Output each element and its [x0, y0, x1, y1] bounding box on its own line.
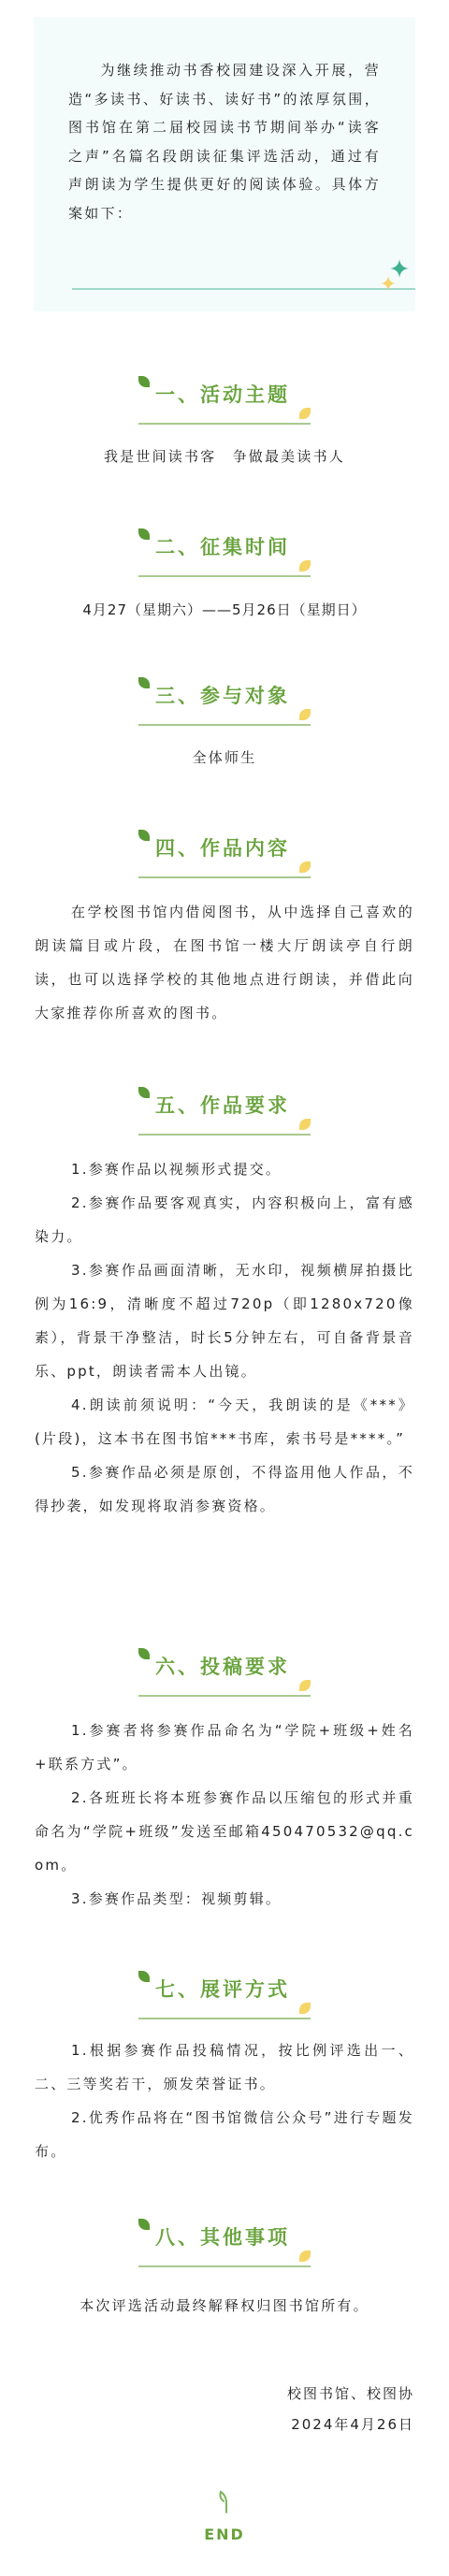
- leaf-yellow-icon: [299, 2250, 311, 2262]
- section-body-participants: 全体师生: [35, 741, 414, 774]
- signature-block: 校图书馆、校图协 2024年4月26日: [287, 2379, 414, 2440]
- section-header-theme: 一、活动主题: [138, 374, 311, 432]
- section-underline: [138, 575, 311, 577]
- section-body-theme: 我是世间读书客 争做最美读书人: [35, 440, 414, 473]
- section-body-evaluation: 1.根据参赛作品投稿情况，按比例评选出一、二、三等奖若干，颁发荣誉证书。 2.优…: [35, 2033, 414, 2168]
- requirement-item: 5.参赛作品必须是原创，不得盗用他人作品，不得抄袭，如发现将取消参赛资格。: [35, 1455, 414, 1523]
- leaf-yellow-icon: [299, 861, 311, 873]
- requirement-item: 1.参赛作品以视频形式提交。: [35, 1152, 414, 1186]
- leaf-green-icon: [138, 376, 150, 387]
- signature-org: 校图书馆、校图协: [287, 2379, 414, 2410]
- period-dates: 4月27（星期六）——5月26日（星期日）: [35, 593, 414, 627]
- section-title: 三、参与对象: [155, 681, 294, 709]
- section-header-period: 二、征集时间: [138, 527, 311, 585]
- section-title: 四、作品内容: [155, 833, 294, 861]
- section-underline: [138, 1695, 311, 1697]
- section-header-requirements: 五、作品要求: [138, 1085, 311, 1143]
- section-underline: [138, 876, 311, 878]
- leaf-yellow-icon: [299, 560, 311, 572]
- requirement-item: 3.参赛作品画面清晰，无水印，视频横屏拍摄比例为16:9，清晰度不超过720p（…: [35, 1253, 414, 1388]
- requirement-item: 4.朗读前须说明：“今天，我朗读的是《***》(片段)，这本书在图书馆***书库…: [35, 1388, 414, 1455]
- section-header-content: 四、作品内容: [138, 828, 311, 886]
- section-title: 六、投稿要求: [155, 1652, 294, 1680]
- section-underline: [138, 724, 311, 726]
- end-label: END: [0, 2525, 449, 2543]
- content-paragraph: 在学校图书馆内借阅图书，从中选择自己喜欢的朗读篇目或片段，在图书馆一楼大厅朗读亭…: [35, 895, 414, 1030]
- other-text: 本次评选活动最终解释权归图书馆所有。: [35, 2289, 414, 2323]
- leaf-yellow-icon: [299, 408, 311, 419]
- leaf-green-icon: [138, 1648, 150, 1659]
- section-title: 二、征集时间: [155, 532, 294, 560]
- leaf-yellow-icon: [299, 1119, 311, 1130]
- leaf-green-icon: [138, 1087, 150, 1098]
- intro-paragraph: 为继续推动书香校园建设深入开展，营造“多读书、好读书、读好书”的浓厚氛围，图书馆…: [68, 56, 381, 227]
- evaluation-item: 2.优秀作品将在“图书馆微信公众号”进行专题发布。: [35, 2101, 414, 2168]
- section-underline: [138, 2265, 311, 2267]
- leaf-yellow-icon: [299, 1680, 311, 1691]
- section-title: 一、活动主题: [155, 380, 294, 408]
- participants-text: 全体师生: [35, 741, 414, 774]
- theme-slogan: 我是世间读书客 争做最美读书人: [35, 440, 414, 473]
- section-body-requirements: 1.参赛作品以视频形式提交。 2.参赛作品要客观真实，内容积极向上，富有感染力。…: [35, 1152, 414, 1523]
- section-body-submission: 1.参赛者将参赛作品命名为“学院+班级+姓名+联系方式”。 2.各班班长将本班参…: [35, 1714, 414, 1916]
- intro-divider: [72, 288, 415, 290]
- section-header-other: 八、其他事项: [138, 2217, 311, 2275]
- end-ornament: END: [0, 2490, 449, 2543]
- section-title: 五、作品要求: [155, 1091, 294, 1119]
- submission-item: 2.各班班长将本班参赛作品以压缩包的形式并重命名为“学院+班级”发送至邮箱450…: [35, 1781, 414, 1882]
- section-header-submission: 六、投稿要求: [138, 1646, 311, 1704]
- leaf-green-icon: [138, 1971, 150, 1982]
- sprout-icon: [218, 2490, 231, 2514]
- section-body-period: 4月27（星期六）——5月26日（星期日）: [35, 593, 414, 627]
- submission-item: 3.参赛作品类型：视频剪辑。: [35, 1882, 414, 1916]
- leaf-green-icon: [138, 528, 150, 540]
- section-header-evaluation: 七、展评方式: [138, 1969, 311, 2027]
- leaf-yellow-icon: [299, 709, 311, 720]
- leaf-green-icon: [138, 677, 150, 688]
- leaf-green-icon: [138, 2219, 150, 2230]
- leaf-yellow-icon: [299, 2003, 311, 2014]
- submission-item: 1.参赛者将参赛作品命名为“学院+班级+姓名+联系方式”。: [35, 1714, 414, 1781]
- sparkle-yellow-icon: [381, 276, 396, 291]
- section-title: 七、展评方式: [155, 1975, 294, 2003]
- section-underline: [138, 1134, 311, 1136]
- section-underline: [138, 423, 311, 425]
- intro-box: 为继续推动书香校园建设深入开展，营造“多读书、好读书、读好书”的浓厚氛围，图书馆…: [34, 17, 415, 311]
- section-title: 八、其他事项: [155, 2222, 294, 2250]
- section-body-content: 在学校图书馆内借阅图书，从中选择自己喜欢的朗读篇目或片段，在图书馆一楼大厅朗读亭…: [35, 895, 414, 1030]
- leaf-green-icon: [138, 830, 150, 841]
- sparkle-teal-icon: [390, 259, 409, 278]
- requirement-item: 2.参赛作品要客观真实，内容积极向上，富有感染力。: [35, 1186, 414, 1253]
- section-body-other: 本次评选活动最终解释权归图书馆所有。: [35, 2289, 414, 2323]
- section-underline: [138, 2018, 311, 2019]
- evaluation-item: 1.根据参赛作品投稿情况，按比例评选出一、二、三等奖若干，颁发荣誉证书。: [35, 2033, 414, 2101]
- signature-date: 2024年4月26日: [287, 2410, 414, 2440]
- section-header-participants: 三、参与对象: [138, 675, 311, 733]
